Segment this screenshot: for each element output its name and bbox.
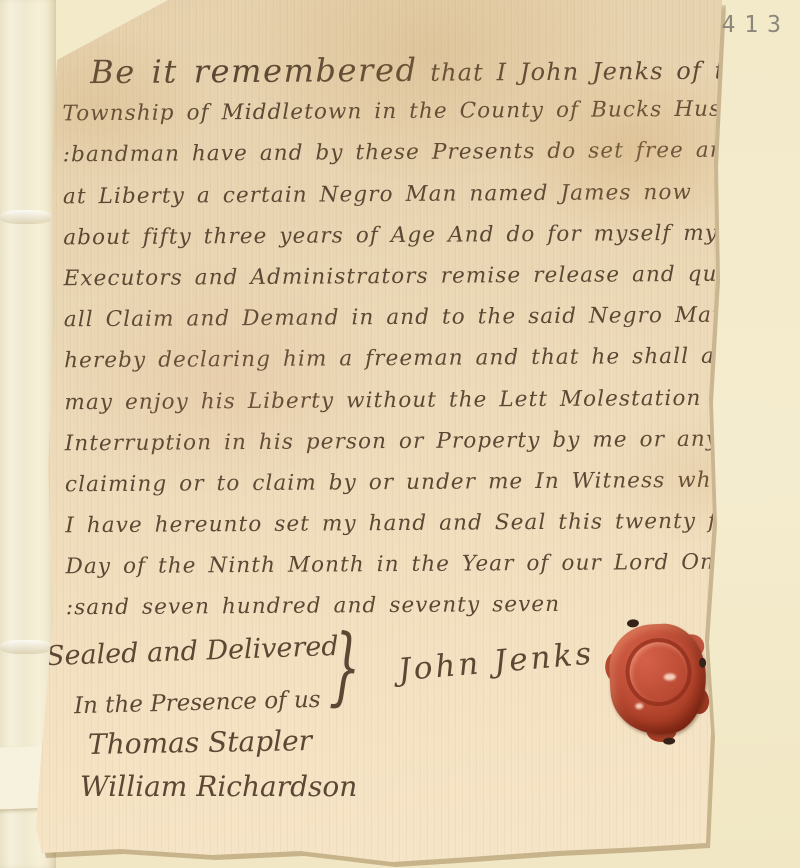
paper-crease	[0, 210, 52, 224]
attestation-brace-mark: }	[329, 622, 362, 712]
wax-lump	[688, 687, 709, 714]
manuscript-line: may enjoy his Liberty without the Lett M…	[64, 377, 726, 423]
manuscript-line: all Claim and Demand in and to the said …	[64, 295, 726, 341]
manumission-document: Be it remembered that I John Jenks of th…	[0, 0, 800, 868]
manuscript-line: hereby declaring him a freeman and that …	[64, 336, 726, 382]
wax-lump	[604, 652, 628, 683]
opening-rest: that I John Jenks of the	[418, 56, 758, 86]
wax-highlight	[664, 673, 676, 681]
wax-dark-fleck	[663, 737, 675, 745]
scanned-manuscript-page: Be it remembered that I John Jenks of th…	[0, 0, 800, 868]
manuscript-body: Be it remembered that I John Jenks of th…	[62, 48, 728, 629]
wax-lump	[678, 634, 705, 659]
manuscript-opening-line: Be it remembered that I John Jenks of th…	[62, 48, 724, 94]
red-wax-seal	[601, 613, 720, 749]
manuscript-line: :sand seven hundred and seventy seven	[66, 583, 728, 629]
wax-highlight	[635, 703, 643, 709]
manuscript-line: Township of Middletown in the County of …	[62, 89, 724, 135]
attestation-sealed-line: Sealed and Delivered	[46, 631, 340, 672]
paper-crease	[0, 640, 52, 654]
wax-dark-fleck	[627, 619, 639, 628]
wax-lump	[646, 719, 677, 743]
manuscript-line: Day of the Ninth Month in the Year of ou…	[65, 542, 727, 588]
manuscript-line: claiming or to claim by or under me In W…	[65, 460, 727, 506]
witness-signature: Thomas Stapler	[88, 724, 313, 761]
manuscript-line: Interruption in his person or Property b…	[65, 418, 727, 464]
manuscript-line: :bandman have and by these Presents do s…	[63, 130, 725, 176]
page-number: 413	[721, 12, 790, 38]
wax-dark-fleck	[699, 658, 707, 668]
john-jenks-signature: John Jenks	[397, 636, 596, 689]
manuscript-line: I have hereunto set my hand and Seal thi…	[65, 501, 727, 547]
wax-seal-body	[607, 622, 709, 737]
opening-phrase: Be it remembered	[90, 51, 418, 91]
attestation-presence-line: In the Presence of us	[74, 687, 321, 719]
manuscript-line: at Liberty a certain Negro Man named Jam…	[63, 171, 725, 217]
witness-signature: William Richardson	[80, 770, 357, 803]
manuscript-line: Executors and Administrators remise rele…	[63, 254, 725, 300]
manuscript-line: about fifty three years of Age And do fo…	[63, 212, 725, 258]
wax-seal-impression	[624, 636, 693, 707]
